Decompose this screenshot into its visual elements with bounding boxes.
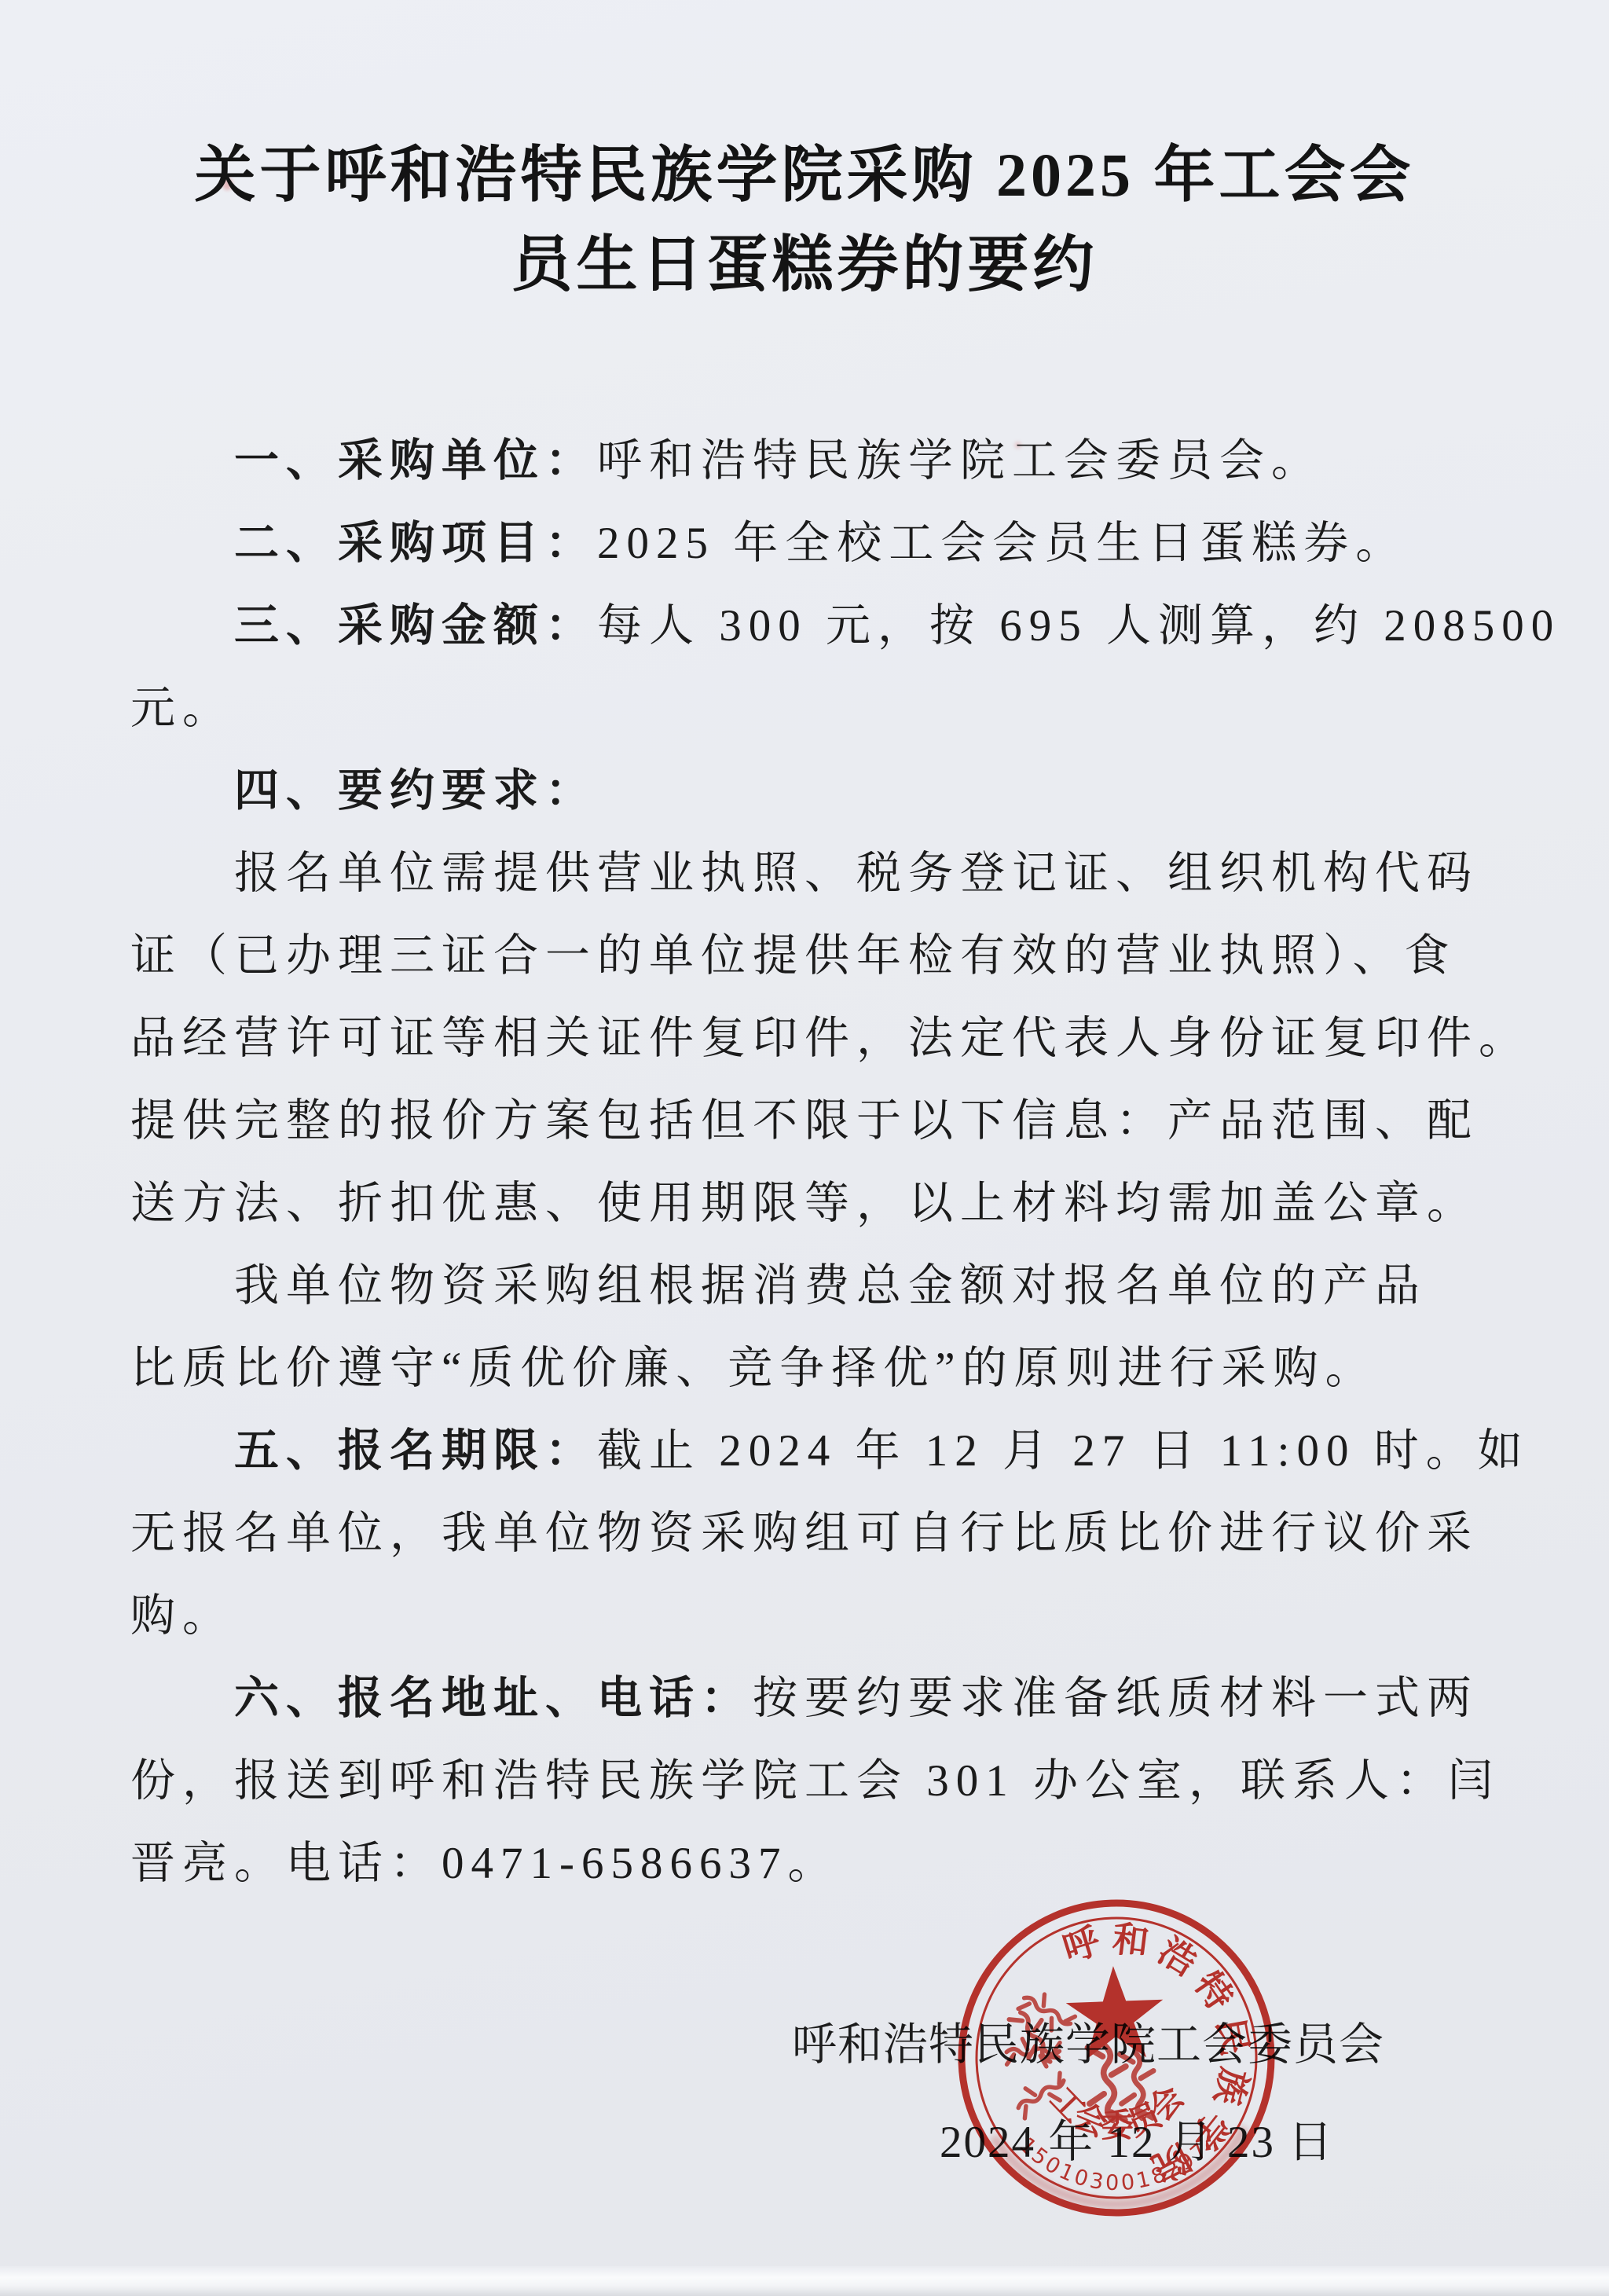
document-line: 二、采购项目： 2025 年全校工会会员生日蛋糕券。	[130, 497, 1497, 580]
line-text: 份，报送到呼和浩特民族学院工会 301 办公室，联系人：闫	[130, 1744, 1500, 1809]
line-label: 一、采购单位：	[234, 424, 597, 489]
document-line: 份，报送到呼和浩特民族学院工会 301 办公室，联系人：闫	[130, 1735, 1497, 1817]
document-line: 比质比价遵守“质优价廉、竞争择优”的原则进行采购。	[130, 1322, 1497, 1405]
line-text: 比质比价遵守“质优价廉、竞争择优”的原则进行采购。	[130, 1332, 1377, 1396]
document-line: 提供完整的报价方案包括但不限于以下信息：产品范围、配	[130, 1075, 1497, 1157]
line-text: 报名单位需提供营业执照、税务登记证、组织机构代码	[234, 837, 1479, 901]
line-text: 元。	[130, 672, 234, 736]
line-text: 2025 年全校工会会员生日蛋糕券。	[597, 507, 1407, 571]
scan-bottom-edge	[0, 2266, 1609, 2296]
line-text: 提供完整的报价方案包括但不限于以下信息：产品范围、配	[130, 1084, 1479, 1149]
document-line: 六、报名地址、电话：按要约要求准备纸质材料一式两	[130, 1652, 1497, 1735]
line-label: 二、采购项目：	[234, 507, 597, 571]
document-line: 晋亮。电话：0471-6586637。	[130, 1817, 1497, 1900]
line-text: 呼和浩特民族学院工会委员会。	[597, 424, 1323, 489]
line-text: 送方法、折扣优惠、使用期限等，以上材料均需加盖公章。	[130, 1167, 1479, 1231]
document-line: 三、采购金额：每人 300 元，按 695 人测算，约 208500	[130, 580, 1497, 662]
line-text: 截止 2024 年 12 月 27 日 11:00 时。如	[597, 1414, 1530, 1479]
document-line: 送方法、折扣优惠、使用期限等，以上材料均需加盖公章。	[130, 1157, 1497, 1240]
document-line: 元。	[130, 662, 1497, 745]
document-title-line1: 关于呼和浩特民族学院采购 2025 年工会会	[0, 130, 1609, 220]
scanned-document-page: 关于呼和浩特民族学院采购 2025 年工会会 员生日蛋糕券的要约 一、采购单位：…	[0, 0, 1609, 2296]
line-text: 我单位物资采购组根据消费总金额对报名单位的产品	[234, 1249, 1427, 1314]
document-line: 报名单位需提供营业执照、税务登记证、组织机构代码	[130, 827, 1497, 910]
official-seal-stamp: 呼和浩特民族学院 工会委员会 1501030018297	[935, 1876, 1297, 2239]
document-line: 证（已办理三证合一的单位提供年检有效的营业执照）、食	[130, 910, 1497, 992]
document-title-line2: 员生日蛋糕券的要约	[0, 220, 1609, 310]
line-label: 三、采购金额：	[234, 589, 597, 654]
document-line: 无报名单位，我单位物资采购组可自行比质比价进行议价采	[130, 1487, 1497, 1570]
document-line: 一、采购单位：呼和浩特民族学院工会委员会。	[130, 415, 1497, 497]
line-text: 每人 300 元，按 695 人测算，约 208500	[597, 589, 1560, 654]
line-text: 品经营许可证等相关证件复印件，法定代表人身份证复印件。	[130, 1002, 1530, 1066]
line-label: 五、报名期限：	[234, 1414, 597, 1479]
seal-bottom-text: 工会委员会	[1042, 2077, 1193, 2147]
line-label: 四、要约要求：	[234, 754, 597, 819]
line-text: 无报名单位，我单位物资采购组可自行比质比价进行议价采	[130, 1497, 1479, 1561]
document-line: 我单位物资采购组根据消费总金额对报名单位的产品	[130, 1240, 1497, 1322]
document-line: 品经营许可证等相关证件复印件，法定代表人身份证复印件。	[130, 992, 1497, 1075]
line-text: 购。	[130, 1579, 234, 1644]
document-title: 关于呼和浩特民族学院采购 2025 年工会会 员生日蛋糕券的要约	[0, 130, 1609, 310]
line-text: 证（已办理三证合一的单位提供年检有效的营业执照）、食	[130, 919, 1457, 984]
document-line: 购。	[130, 1570, 1497, 1652]
document-line: 四、要约要求：	[130, 745, 1497, 827]
document-body: 一、采购单位：呼和浩特民族学院工会委员会。二、采购项目： 2025 年全校工会会…	[130, 415, 1497, 1900]
line-label: 六、报名地址、电话：	[234, 1662, 753, 1726]
document-line: 五、报名期限：截止 2024 年 12 月 27 日 11:00 时。如	[130, 1405, 1497, 1487]
line-text: 按要约要求准备纸质材料一式两	[753, 1662, 1479, 1726]
line-text: 晋亮。电话：0471-6586637。	[130, 1827, 839, 1891]
star-icon	[1065, 1964, 1165, 2060]
